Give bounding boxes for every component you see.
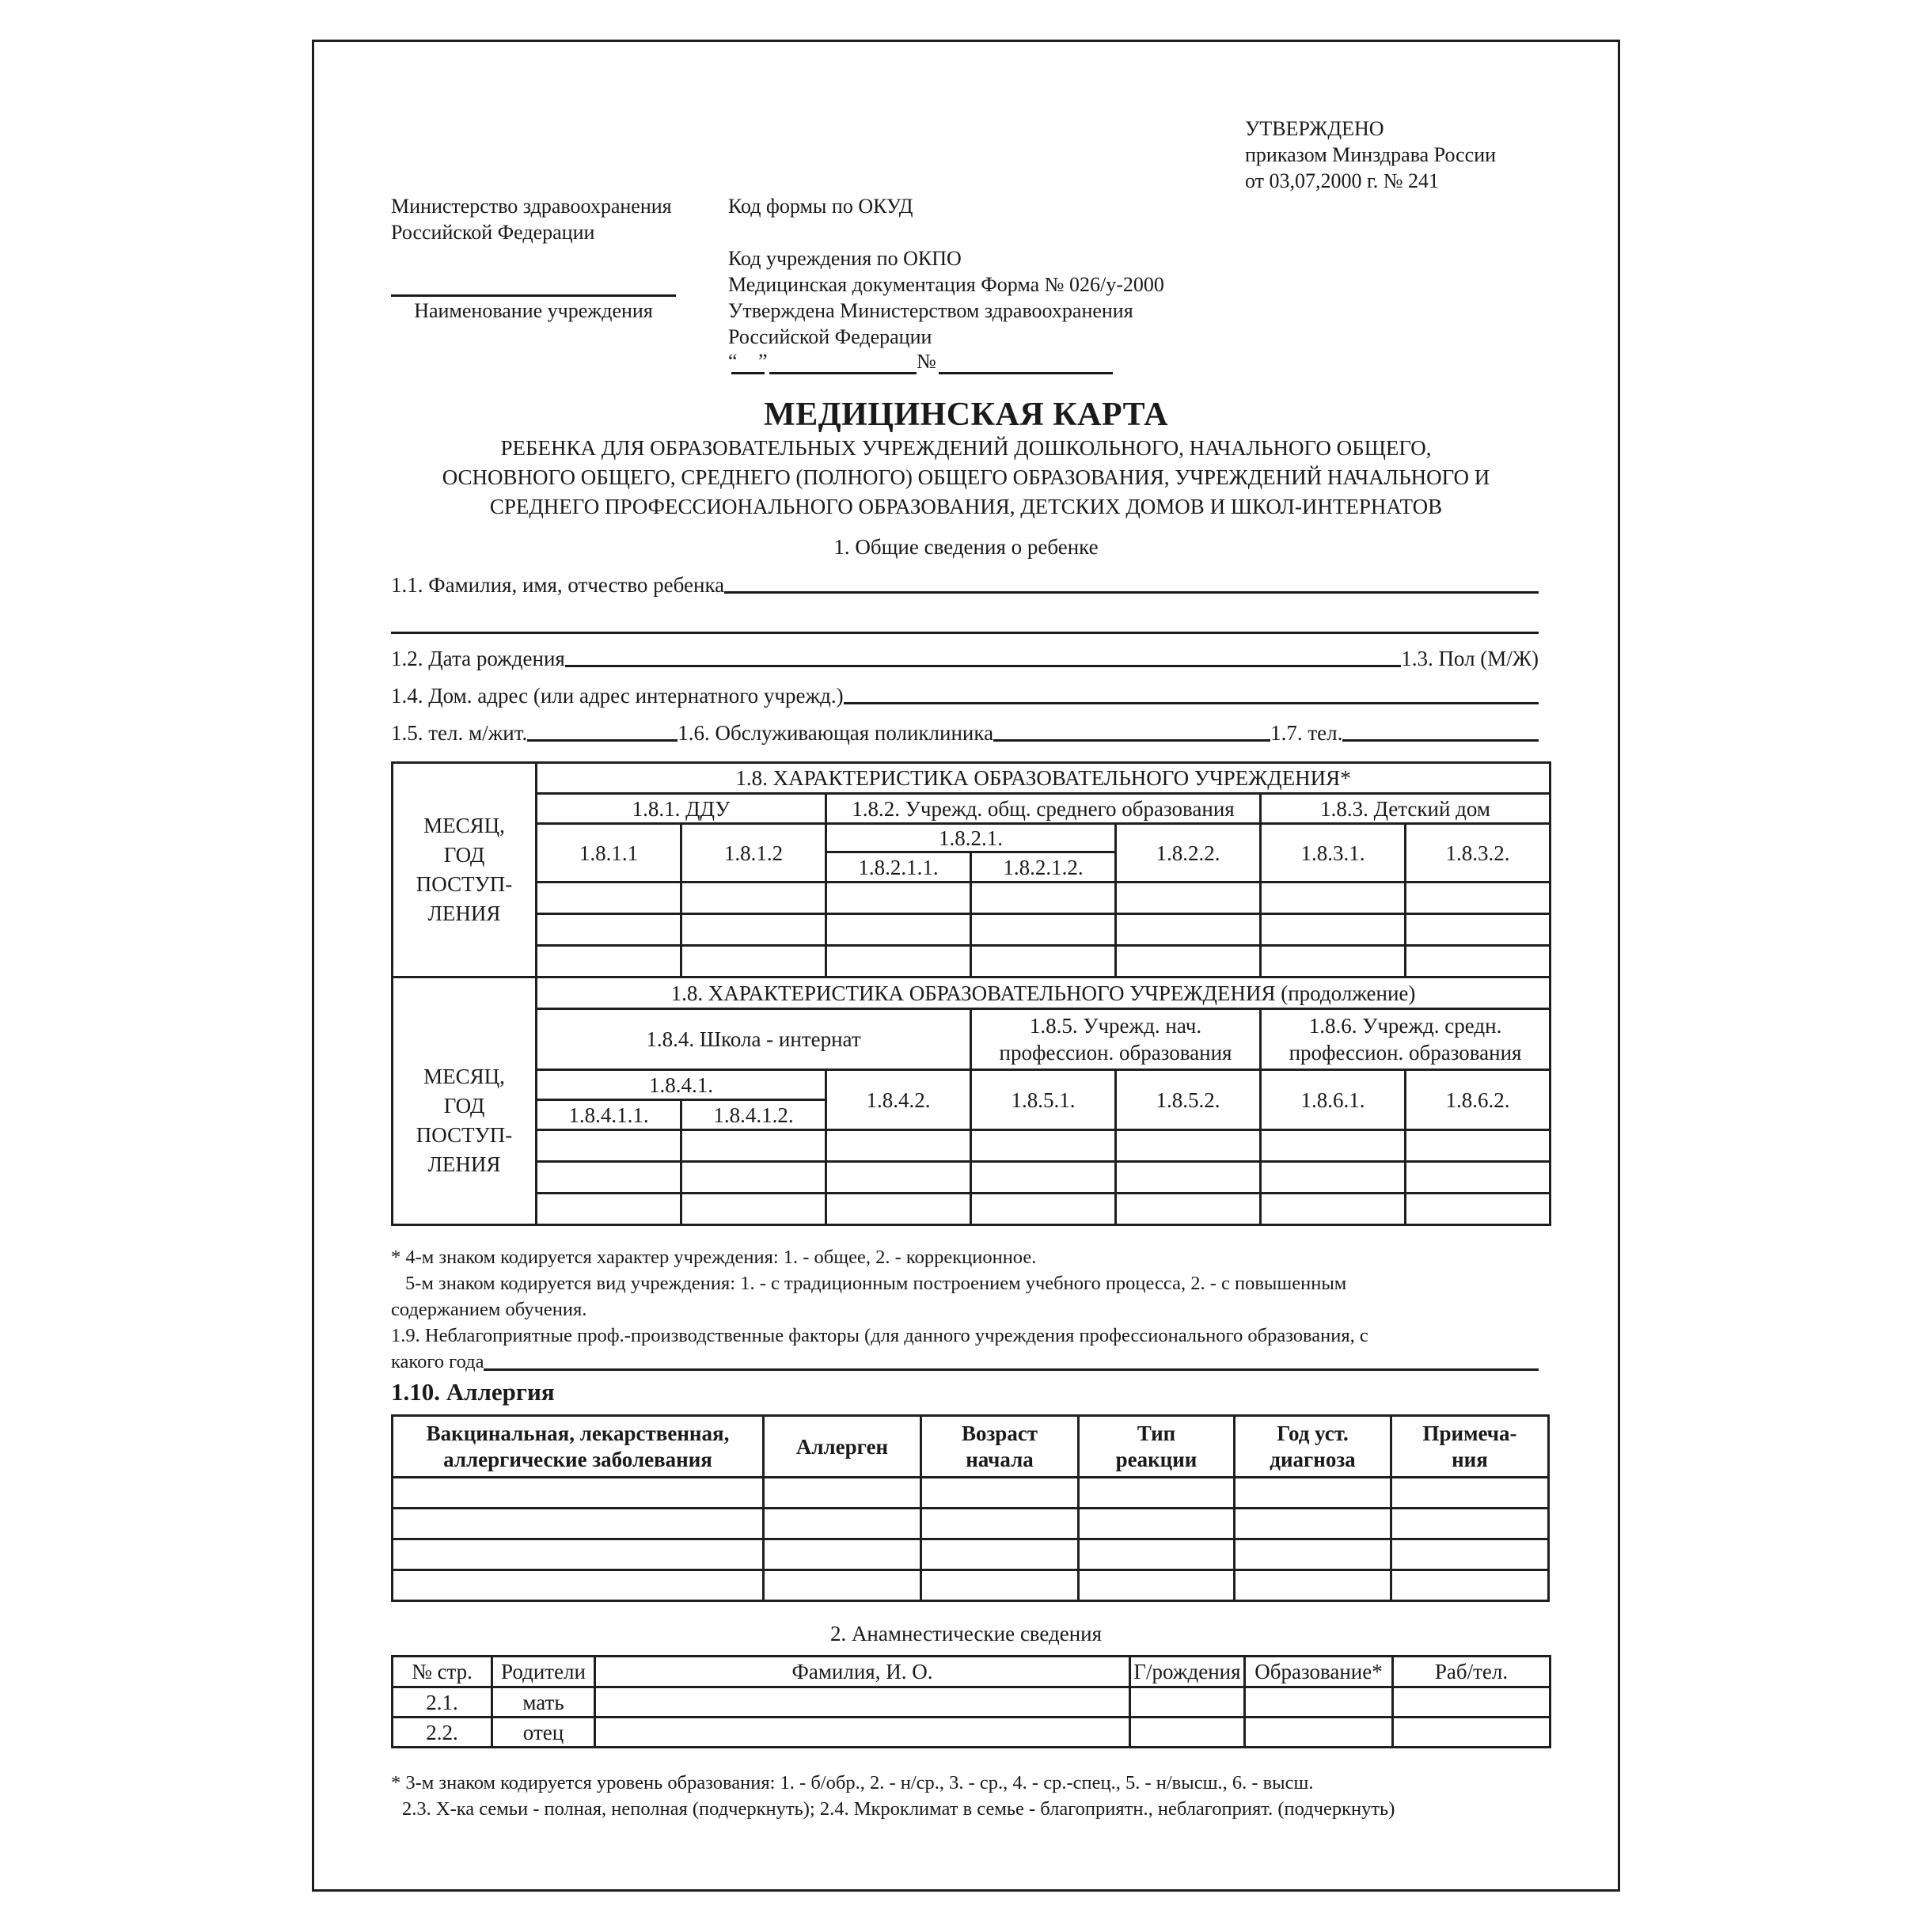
education-table-part1: МЕСЯЦ, ГОД ПОСТУП- ЛЕНИЯ 1.8. ХАРАКТЕРИС… [391,761,1551,1226]
subtitle-line-3: СРЕДНЕГО ПРОФЕССИОНАЛЬНОГО ОБРАЗОВАНИЯ, … [312,492,1620,522]
input-cell[interactable] [826,1194,971,1225]
note-family: 2.3. Х-ка семьи - полная, неполная (подч… [391,1796,1395,1822]
ministry-line-2: Российской Федерации [391,219,672,245]
anamnesis-header-row: № стр. Родители Фамилия, И. О. Г/рождени… [393,1657,1551,1687]
input-cell[interactable] [1116,946,1261,977]
input-cell[interactable] [1393,1687,1551,1718]
approval-block: УТВЕРЖДЕНО приказом Минздрава России от … [1245,116,1496,194]
field-19-label-cont: какого года [391,1349,484,1375]
table-row: 2.2. отец [393,1718,1551,1748]
approval-line-3: от 03,07,2000 г. № 241 [1245,168,1496,194]
input-cell[interactable] [1261,914,1406,946]
form-number-label: Медицинская документация Форма № 026/у-2… [728,271,1164,298]
group-header-orphanage: 1.8.3. Детский дом [1261,794,1551,824]
approved-line-1: Утверждена Министерством здравоохранения [728,298,1164,324]
month-label-line: ПОСТУП- [393,1121,535,1150]
col-1832: 1.8.3.2. [1406,824,1551,882]
input-cell[interactable] [826,882,971,914]
input-cell[interactable] [681,946,826,977]
input-cell[interactable] [764,1478,921,1509]
header-notes: Примеча-ния [1391,1416,1549,1478]
input-cell[interactable] [921,1539,1079,1570]
input-cell[interactable] [921,1570,1079,1601]
row-number: 2.2. [393,1718,492,1748]
month-year-header-2: МЕСЯЦ, ГОД ПОСТУП- ЛЕНИЯ [393,977,537,1225]
header-diagnosis-year: Год уст.диагноза [1235,1416,1391,1478]
input-cell[interactable] [1079,1539,1235,1570]
col-1821: 1.8.2.1. [826,824,1116,852]
allergy-heading: 1.10. Аллергия [391,1377,555,1407]
group-header-ddu: 1.8.1. ДДУ [537,794,826,824]
header-text: Аллерген [765,1435,920,1459]
input-cell[interactable] [1235,1478,1391,1509]
approval-line-2: приказом Минздрава России [1245,142,1496,168]
col-1811: 1.8.1.1 [537,824,681,882]
input-cell[interactable] [764,1570,921,1601]
section-1-heading: 1. Общие сведения о ребенке [312,533,1620,560]
input-cell[interactable] [826,946,971,977]
month-label-line: МЕСЯЦ, [393,811,535,841]
header-text: Тип [1080,1421,1233,1447]
institution-name-field[interactable] [391,294,676,297]
group-185-line-1: 1.8.5. Учрежд. нач. [972,1012,1259,1039]
input-cell[interactable] [1235,1509,1391,1539]
header-allergy-diseases: Вакцинальная, лекарственная,аллергически… [393,1416,764,1478]
institution-caption: Наименование учреждения [391,298,676,324]
input-cell[interactable] [595,1687,1130,1718]
birth-label: 1.2. Дата рождения [391,645,565,672]
input-cell[interactable] [826,1130,971,1162]
field-19-label: 1.9. Неблагоприятные проф.-производствен… [391,1323,1368,1349]
col-1851: 1.8.5.1. [971,1070,1116,1130]
group-header-school: 1.8.2. Учрежд. общ. среднего образования [826,794,1261,824]
input-cell[interactable] [1245,1718,1393,1748]
header-education: Образование* [1245,1657,1393,1687]
note-5th-digit: 5-м знаком кодируется вид учреждения: 1.… [391,1270,1368,1296]
header-row-number: № стр. [393,1657,492,1687]
input-cell[interactable] [971,1162,1116,1194]
note-5th-digit-cont: содержанием обучения. [391,1296,1368,1323]
header-work-phone: Раб/тел. [1393,1657,1551,1687]
input-cell[interactable] [1245,1687,1393,1718]
table-title: 1.8. ХАРАКТЕРИСТИКА ОБРАЗОВАТЕЛЬНОГО УЧР… [537,763,1551,794]
field-19-input[interactable] [484,1368,1539,1371]
subtitle: РЕБЕНКА ДЛЯ ОБРАЗОВАТЕЛЬНЫХ УЧРЕЖДЕНИЙ Д… [312,434,1620,522]
okpo-label: Код учреждения по ОКПО [728,245,1164,271]
input-cell[interactable] [1406,914,1551,946]
group-185-line-2: профессион. образования [972,1039,1259,1066]
col-1822: 1.8.2.2. [1116,824,1261,882]
header-text: Вакцинальная, лекарственная, [393,1421,762,1447]
approval-date-line: “ ” № [728,348,1175,375]
month-label-line: ЛЕНИЯ [393,899,535,928]
anamnesis-table: № стр. Родители Фамилия, И. О. Г/рождени… [391,1655,1551,1748]
input-cell[interactable] [971,914,1116,946]
input-cell[interactable] [1235,1539,1391,1570]
input-cell[interactable] [1261,1162,1406,1194]
input-cell[interactable] [537,882,681,914]
input-cell[interactable] [681,1194,826,1225]
col-1841: 1.8.4.1. [537,1070,826,1100]
input-cell[interactable] [393,1539,764,1570]
group-186-line-1: 1.8.6. Учрежд. средн. [1262,1012,1549,1039]
month-label-line: ГОД [393,1091,535,1121]
table-row [393,914,1551,946]
input-cell[interactable] [971,882,1116,914]
number-sign: № [917,348,936,374]
input-cell[interactable] [1116,882,1261,914]
input-cell[interactable] [393,1478,764,1509]
allergy-header-row: Вакцинальная, лекарственная,аллергически… [393,1416,1549,1478]
table-row [393,1478,1549,1509]
col-18412: 1.8.4.1.2. [681,1100,826,1130]
header-text: диагноза [1235,1447,1390,1473]
field-row-phones: 1.5. тел. м/жит. 1.6. Обслуживающая поли… [391,719,1539,746]
quote-close: ” [758,348,768,374]
note-education-code: * 3-м знаком кодируется уровень образова… [391,1770,1395,1796]
header-text: Возраст [922,1421,1077,1447]
header-text: начала [922,1447,1077,1473]
input-cell[interactable] [1261,882,1406,914]
ministry-block: Министерство здравоохранения Российской … [391,193,672,245]
ministry-line-1: Министерство здравоохранения [391,193,672,219]
month-label-line: МЕСЯЦ, [393,1062,535,1091]
home-phone-label: 1.5. тел. м/жит. [391,719,527,746]
input-cell[interactable] [1261,1194,1406,1225]
input-cell[interactable] [1079,1478,1235,1509]
table-row [393,946,1551,977]
input-cell[interactable] [921,1478,1079,1509]
input-cell[interactable] [1261,1130,1406,1162]
table-row [393,1509,1549,1539]
input-cell[interactable] [1116,1130,1261,1162]
fio-field[interactable] [724,591,1539,594]
input-cell[interactable] [681,1130,826,1162]
input-cell[interactable] [681,1162,826,1194]
col-1812: 1.8.1.2 [681,824,826,882]
input-cell[interactable] [1261,946,1406,977]
input-cell[interactable] [537,1162,681,1194]
input-cell[interactable] [537,946,681,977]
input-cell[interactable] [1406,882,1551,914]
codes-block: Код учреждения по ОКПО Медицинская докум… [728,245,1164,350]
subtitle-line-2: ОСНОВНОГО ОБЩЕГО, СРЕДНЕГО (ПОЛНОГО) ОБЩ… [312,463,1620,492]
table-row [393,1162,1551,1194]
col-1862: 1.8.6.2. [1406,1070,1551,1130]
table-row: 2.1. мать [393,1687,1551,1718]
date-day-field[interactable] [731,372,765,374]
input-cell[interactable] [826,914,971,946]
okud-label: Код формы по ОКУД [728,193,913,219]
parent-label: отец [492,1718,595,1748]
input-cell[interactable] [1406,1130,1551,1162]
input-cell[interactable] [1393,1718,1551,1748]
page-title: МЕДИЦИНСКАЯ КАРТА [312,396,1620,434]
table-notes: * 4-м знаком кодируется характер учрежде… [391,1244,1368,1349]
input-cell[interactable] [1406,946,1551,977]
input-cell[interactable] [1130,1718,1245,1748]
input-cell[interactable] [921,1509,1079,1539]
clinic-phone-label: 1.7. тел. [1270,719,1342,746]
col-18212: 1.8.2.1.2. [971,852,1116,882]
table-row [393,1570,1549,1601]
fio-field-line-2[interactable] [391,632,1539,634]
field-row-birth: 1.2. Дата рождения 1.3. Пол (М/Ж) [391,645,1539,672]
input-cell[interactable] [1406,1194,1551,1225]
col-1831: 1.8.3.1. [1261,824,1406,882]
header-birth-year: Г/рождения [1130,1657,1245,1687]
input-cell[interactable] [826,1162,971,1194]
field-row-fio: 1.1. Фамилия, имя, отчество ребенка [391,571,1539,598]
input-cell[interactable] [1116,914,1261,946]
input-cell[interactable] [1391,1509,1549,1539]
input-cell[interactable] [764,1539,921,1570]
input-cell[interactable] [537,1130,681,1162]
input-cell[interactable] [681,914,826,946]
month-year-header: МЕСЯЦ, ГОД ПОСТУП- ЛЕНИЯ [393,763,537,977]
input-cell[interactable] [393,1509,764,1539]
input-cell[interactable] [595,1718,1130,1748]
table-row [393,1130,1551,1162]
header-reaction-type: Типреакции [1079,1416,1235,1478]
header-text: аллергические заболевания [393,1447,762,1473]
input-cell[interactable] [1391,1539,1549,1570]
header-parents: Родители [492,1657,595,1687]
col-18211: 1.8.2.1.1. [826,852,971,882]
group-header-primary-prof: 1.8.5. Учрежд. нач. профессион. образова… [971,1009,1261,1070]
clinic-label: 1.6. Обслуживающая поликлиника [678,719,993,746]
table-row [393,1539,1549,1570]
table-title-continued: 1.8. ХАРАКТЕРИСТИКА ОБРАЗОВАТЕЛЬНОГО УЧР… [537,977,1551,1009]
header-text: Год уст. [1235,1421,1390,1447]
header-text: ния [1392,1447,1547,1473]
month-label-line: ПОСТУП- [393,870,535,899]
month-label-line: ГОД [393,841,535,870]
date-month-field[interactable] [769,372,917,374]
col-1861: 1.8.6.1. [1261,1070,1406,1130]
header-onset-age: Возрастначала [921,1416,1079,1478]
row-number: 2.1. [393,1687,492,1718]
parent-label: мать [492,1687,595,1718]
input-cell[interactable] [1116,1162,1261,1194]
table-row [393,1194,1551,1225]
quote-open: “ [728,348,738,374]
col-18411: 1.8.4.1.1. [537,1100,681,1130]
field-row-address: 1.4. Дом. адрес (или адрес интернатного … [391,682,1539,709]
input-cell[interactable] [1079,1509,1235,1539]
month-label-line: ЛЕНИЯ [393,1150,535,1179]
birth-date-field[interactable] [565,665,1401,667]
input-cell[interactable] [537,1194,681,1225]
input-cell[interactable] [1130,1687,1245,1718]
clinic-field[interactable] [993,739,1270,742]
input-cell[interactable] [1235,1570,1391,1601]
input-cell[interactable] [1391,1570,1549,1601]
approved-line-2: Российской Федерации [728,324,1164,350]
header-allergen: Аллерген [764,1416,921,1478]
input-cell[interactable] [971,1130,1116,1162]
approval-line-1: УТВЕРЖДЕНО [1245,116,1496,142]
field-row-19: какого года [391,1349,1539,1375]
clinic-phone-field[interactable] [1342,739,1539,742]
approval-number-field[interactable] [939,372,1113,374]
input-cell[interactable] [971,946,1116,977]
header-full-name: Фамилия, И. О. [595,1657,1130,1687]
col-1852: 1.8.5.2. [1116,1070,1261,1130]
allergy-table: Вакцинальная, лекарственная,аллергически… [391,1414,1550,1602]
input-cell[interactable] [681,882,826,914]
input-cell[interactable] [1391,1478,1549,1509]
anamnesis-notes: * 3-м знаком кодируется уровень образова… [391,1770,1395,1822]
input-cell[interactable] [1079,1570,1235,1601]
group-186-line-2: профессион. образования [1262,1039,1549,1066]
header-text: реакции [1080,1447,1233,1473]
input-cell[interactable] [1406,1162,1551,1194]
input-cell[interactable] [537,914,681,946]
input-cell[interactable] [971,1194,1116,1225]
note-4th-digit: * 4-м знаком кодируется характер учрежде… [391,1244,1368,1270]
table-row [393,882,1551,914]
subtitle-line-1: РЕБЕНКА ДЛЯ ОБРАЗОВАТЕЛЬНЫХ УЧРЕЖДЕНИЙ Д… [312,434,1620,463]
input-cell[interactable] [764,1509,921,1539]
input-cell[interactable] [1116,1194,1261,1225]
header-text: Примеча- [1392,1421,1547,1447]
sex-label[interactable]: 1.3. Пол (М/Ж) [1401,645,1539,672]
section-2-heading: 2. Анамнестические сведения [312,1620,1620,1647]
fio-label: 1.1. Фамилия, имя, отчество ребенка [391,571,724,598]
group-header-secondary-prof: 1.8.6. Учрежд. средн. профессион. образо… [1261,1009,1551,1070]
input-cell[interactable] [393,1570,764,1601]
address-field[interactable] [844,702,1539,704]
home-phone-field[interactable] [527,739,678,742]
address-label: 1.4. Дом. адрес (или адрес интернатного … [391,682,844,709]
col-1842: 1.8.4.2. [826,1070,971,1130]
group-header-boarding-school: 1.8.4. Школа - интернат [537,1009,971,1070]
